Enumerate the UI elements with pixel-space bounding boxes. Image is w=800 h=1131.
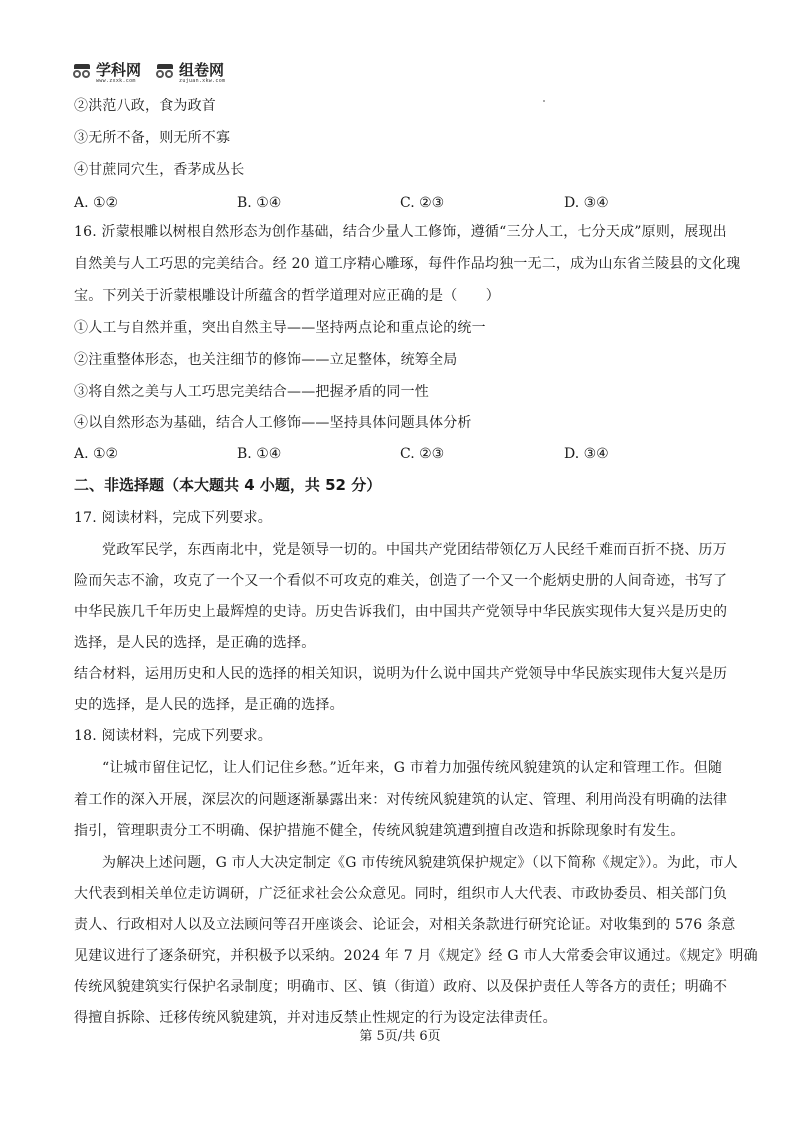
q16-item-2: ②注重整体形态，也关注细节的修饰——立足整体，统筹全局 [74, 350, 457, 370]
q17-material-line-4: 选择，是人民的选择，是正确的选择。 [74, 633, 315, 653]
option-b[interactable]: B. ①④ [237, 444, 281, 464]
q17-heading: 17. 阅读材料，完成下列要求。 [74, 508, 272, 528]
option-d[interactable]: D. ③④ [564, 193, 609, 213]
owl-mascot-icon [155, 64, 175, 82]
q16-options: A. ①② B. ①④ C. ②③ D. ③④ [74, 444, 734, 464]
q18-para1-line-3: 指引，管理职责分工不明确、保护措施不健全，传统风貌建筑遭到擅自改造和拆除现象时有… [74, 821, 685, 841]
q17-material-line-3: 中华民族几千年历史上最辉煌的史诗。历史告诉我们，由中国共产党领导中华民族实现伟大… [74, 602, 727, 622]
option-a[interactable]: A. ①② [74, 444, 118, 464]
logo-zxxk: 学科网 www.zxxk.com [72, 63, 141, 84]
q18-para2-line-1: 为解决上述问题，G 市人大决定制定《G 市传统风貌建筑保护规定》（以下简称《规定… [102, 853, 738, 873]
q16-stem-line-2: 自然美与人工巧思的完美结合。经 20 道工序精心雕琢，每件作品均独一无二，成为山… [74, 254, 741, 274]
q18-para2-line-2: 大代表到相关单位走访调研，广泛征求社会公众意见。同时，组织市人大代表、市政协委员… [74, 884, 727, 904]
q15-item-2: ②洪范八政，食为政首 [74, 96, 216, 116]
q17-material-line-1: 党政军民学，东西南北中，党是领导一切的。中国共产党团结带领亿万人民经千难而百折不… [102, 540, 727, 560]
q18-para1-line-1: “让城市留住记忆，让人们记住乡愁。”近年来，G 市着力加强传统风貌建筑的认定和管… [102, 758, 722, 778]
q18-para1-line-2: 着工作的深入开展，深层次的问题逐渐暴露出来：对传统风貌建筑的认定、管理、利用尚没… [74, 790, 727, 810]
page-number: 第 5页/共 6页 [0, 1028, 800, 1046]
q18-para2-line-4: 见建议进行了逐条研究，并积极予以采纳。2024 年 7 月《规定》经 G 市人大… [74, 946, 758, 966]
q17-question-line-1: 结合材料，运用历史和人民的选择的相关知识，说明为什么说中国共产党领导中华民族实现… [74, 664, 727, 684]
section-title: 二、非选择题（本大题共 4 小题，共 52 分） [74, 475, 381, 495]
option-c[interactable]: C. ②③ [400, 444, 444, 464]
q18-heading: 18. 阅读材料，完成下列要求。 [74, 726, 272, 746]
logo-name: 组卷网 [179, 63, 225, 78]
q18-para2-line-6: 得擅自拆除、迁移传统风貌建筑，并对违反禁止性规定的行为设定法律责任。 [74, 1008, 557, 1028]
option-d[interactable]: D. ③④ [564, 444, 609, 464]
header-logos: 学科网 www.zxxk.com 组卷网 zujuan.xkw.com [72, 60, 225, 86]
q15-item-4: ④甘蔗同穴生，香茅成丛长 [74, 160, 244, 180]
q18-para2-line-5: 传统风貌建筑实行保护名录制度；明确市、区、镇（街道）政府、以及保护责任人等各方的… [74, 977, 727, 997]
q16-item-4: ④以自然形态为基础，结合人工修饰——坚持具体问题具体分析 [74, 413, 472, 433]
q16-item-1: ①人工与自然并重，突出自然主导——坚持两点论和重点论的统一 [74, 318, 486, 338]
q15-options: A. ①② B. ①④ C. ②③ D. ③④ [74, 193, 734, 213]
q18-para2-line-3: 责人、行政相对人以及立法顾问等召开座谈会、论证会，对相关条款进行研究论证。对收集… [74, 915, 735, 935]
scan-speck [543, 100, 545, 102]
q16-stem-line-1: 16. 沂蒙根雕以树根自然形态为创作基础，结合少量人工修饰，遵循“三分人工，七分… [74, 222, 727, 242]
option-a[interactable]: A. ①② [74, 193, 118, 213]
owl-mascot-icon [72, 64, 92, 82]
option-b[interactable]: B. ①④ [237, 193, 281, 213]
q17-question-line-2: 史的选择，是人民的选择，是正确的选择。 [74, 695, 344, 715]
logo-url: www.zxxk.com [96, 79, 141, 84]
q16-item-3: ③将自然之美与人工巧思完美结合——把握矛盾的同一性 [74, 382, 429, 402]
q17-material-line-2: 险而矢志不渝，攻克了一个又一个看似不可攻克的难关，创造了一个又一个彪炳史册的人间… [74, 571, 727, 591]
logo-zujuan: 组卷网 zujuan.xkw.com [155, 63, 225, 84]
q15-item-3: ③无所不备，则无所不寡 [74, 128, 230, 148]
logo-url: zujuan.xkw.com [179, 79, 225, 84]
option-c[interactable]: C. ②③ [400, 193, 444, 213]
logo-name: 学科网 [96, 63, 141, 78]
q16-stem-line-3: 宝。下列关于沂蒙根雕设计所蕴含的哲学道理对应正确的是（ ） [74, 286, 500, 306]
